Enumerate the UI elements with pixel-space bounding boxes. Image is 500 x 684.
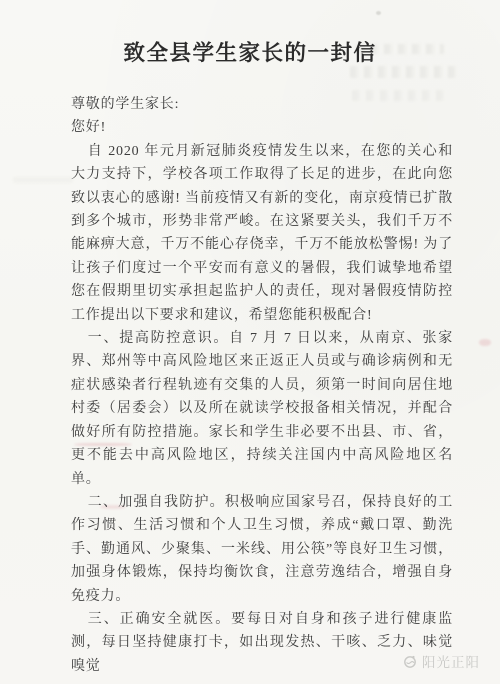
bleedthrough-artifact xyxy=(13,177,73,183)
letter-paragraph: 二、加强自我防护。积极响应国家号召，保持良好的工作习惯、生活习惯和个人卫生习惯，… xyxy=(71,491,453,608)
letter-paragraph: 一、提高防控意识。自 7 月 7 日以来，从南京、张家界、郑州等中高风险地区来正… xyxy=(71,327,453,491)
watermark: 阳光正阳 xyxy=(402,651,480,671)
letter-paragraph: 自 2020 年元月新冠肺炎疫情发生以来，在您的关心和大力支持下，学校各项工作取… xyxy=(71,140,453,327)
watermark-label: 阳光正阳 xyxy=(422,651,480,671)
scanned-letter-page: 致全县学生家长的一封信 尊敬的学生家长: 您好! 自 2020 年元月新冠肺炎疫… xyxy=(0,0,500,684)
bleedthrough-artifact xyxy=(350,66,456,78)
letter-title: 致全县学生家长的一封信 xyxy=(0,36,500,67)
letter-paragraph: 三、正确安全就医。要每日对自身和孩子进行健康监测，每日坚持健康打卡，如出现发热、… xyxy=(71,608,453,678)
letter-greeting: 您好! xyxy=(71,116,453,139)
scan-speck xyxy=(376,11,381,15)
letter-body: 尊敬的学生家长: 您好! 自 2020 年元月新冠肺炎疫情发生以来，在您的关心和… xyxy=(71,93,453,678)
watermark-sun-icon xyxy=(402,653,418,669)
pink-scan-mark xyxy=(479,339,491,346)
letter-salutation: 尊敬的学生家长: xyxy=(71,93,453,116)
